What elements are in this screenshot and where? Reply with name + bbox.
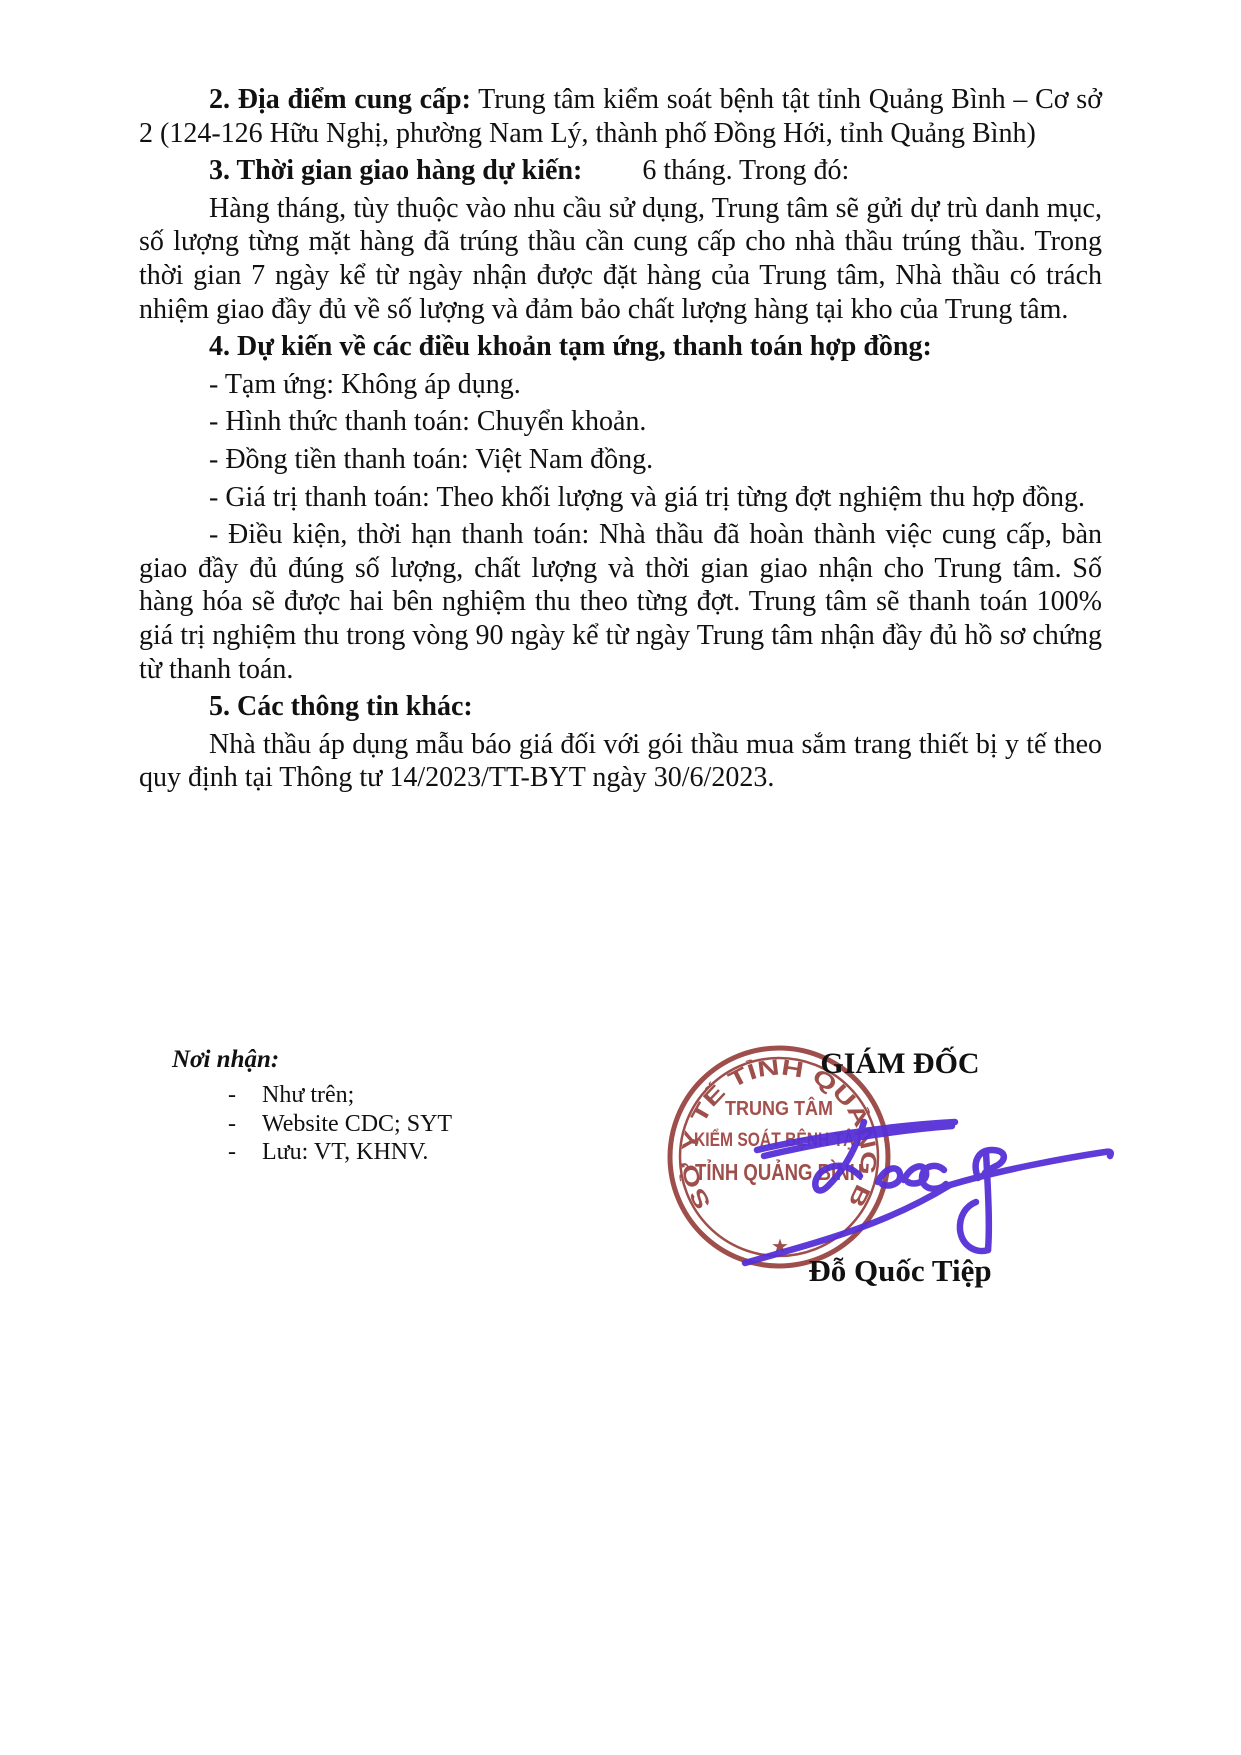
signature-stroke — [745, 1185, 950, 1263]
list-item: -Như trên; — [172, 1081, 502, 1110]
paragraph-delivery-time: 3. Thời gian giao hàng dự kiến:6 tháng. … — [139, 154, 1102, 188]
list-item: -Website CDC; SYT — [172, 1110, 502, 1139]
paragraph-text: - Tạm ứng: Không áp dụng. — [209, 369, 521, 400]
paragraph-text: Hàng tháng, tùy thuộc vào nhu cầu sử dụn… — [139, 193, 1102, 325]
paragraph-quotation-form: Nhà thầu áp dụng mẫu báo giá đối với gói… — [139, 728, 1102, 795]
signature-stroke — [878, 1168, 900, 1185]
recipient-text: Lưu: VT, KHNV. — [262, 1138, 428, 1167]
recipients-block: Nơi nhận: -Như trên; -Website CDC; SYT -… — [172, 1046, 502, 1167]
paragraph-text: 6 tháng. Trong đó: — [642, 155, 849, 186]
signature-stroke — [986, 1152, 989, 1250]
list-dash: - — [228, 1081, 262, 1110]
paragraph-lead: 2. Địa điểm cung cấp: — [209, 84, 471, 115]
bullet-payment-method: - Hình thức thanh toán: Chuyển khoản. — [139, 405, 1102, 439]
paragraph-text: - Hình thức thanh toán: Chuyển khoản. — [209, 406, 646, 437]
signer-title: GIÁM ĐỐC — [770, 1047, 1030, 1081]
paragraph-lead: 4. Dự kiến về các điều khoản tạm ứng, th… — [209, 331, 932, 362]
bullet-advance: - Tạm ứng: Không áp dụng. — [139, 368, 1102, 402]
list-item: -Lưu: VT, KHNV. — [172, 1138, 502, 1167]
recipient-text: Như trên; — [262, 1081, 354, 1110]
list-dash: - — [228, 1138, 262, 1167]
paragraph-supply-location: 2. Địa điểm cung cấp: Trung tâm kiểm soá… — [139, 83, 1102, 150]
paragraph-text: - Đồng tiền thanh toán: Việt Nam đồng. — [209, 444, 653, 475]
document-body: 2. Địa điểm cung cấp: Trung tâm kiểm soá… — [139, 83, 1102, 795]
paragraph-text: - Điều kiện, thời hạn thanh toán: Nhà th… — [139, 519, 1102, 684]
paragraph-text: - Giá trị thanh toán: Theo khối lượng và… — [209, 482, 1085, 513]
recipient-text: Website CDC; SYT — [262, 1110, 452, 1139]
paragraph-monthly-order: Hàng tháng, tùy thuộc vào nhu cầu sử dụn… — [139, 192, 1102, 326]
list-dash: - — [228, 1110, 262, 1139]
bullet-payment-conditions: - Điều kiện, thời hạn thanh toán: Nhà th… — [139, 518, 1102, 686]
signature-stroke — [960, 1202, 988, 1251]
paragraph-text: Nhà thầu áp dụng mẫu báo giá đối với gói… — [139, 729, 1102, 794]
handwritten-signature — [735, 1108, 1130, 1283]
document-page: 2. Địa điểm cung cấp: Trung tâm kiểm soá… — [0, 0, 1241, 1755]
paragraph-lead: 3. Thời gian giao hàng dự kiến: — [209, 155, 582, 186]
heading-payment-terms: 4. Dự kiến về các điều khoản tạm ứng, th… — [139, 330, 1102, 364]
bullet-currency: - Đồng tiền thanh toán: Việt Nam đồng. — [139, 443, 1102, 477]
bullet-payment-value: - Giá trị thanh toán: Theo khối lượng và… — [139, 481, 1102, 515]
paragraph-lead: 5. Các thông tin khác: — [209, 691, 473, 722]
heading-other-info: 5. Các thông tin khác: — [139, 690, 1102, 724]
recipients-heading: Nơi nhận: — [172, 1046, 502, 1074]
recipients-list: -Như trên; -Website CDC; SYT -Lưu: VT, K… — [172, 1081, 502, 1167]
